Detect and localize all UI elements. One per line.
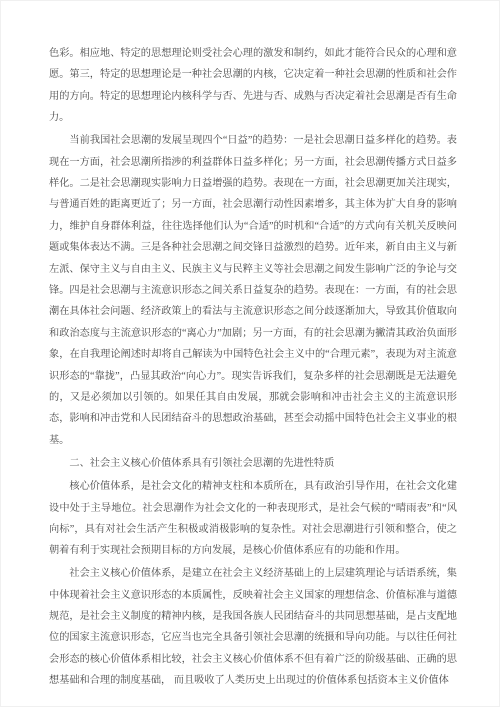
section-heading: 二、社会主义核心价值体系具有引领社会思潮的先进性特质 bbox=[49, 453, 457, 474]
paragraph-core-value-system: 核心价值体系，是社会文化的精神支柱和本质所在，具有政治引导作用，在社会文化建设中… bbox=[49, 476, 457, 562]
paragraph-trends: 当前我国社会思潮的发展呈现四个“日益”的趋势：一是社会思潮日益多样化的趋势。表现… bbox=[49, 130, 457, 451]
document-page: 色彩。相应地、特定的思想理论则受社会心理的激发和制约，如此才能符合民众的心理和意… bbox=[0, 0, 500, 707]
paragraph-socialist-core-values: 社会主义核心价值体系，是建立在社会主义经济基础上的上层建筑理论与话语系统，集中体… bbox=[49, 563, 457, 691]
document-content: 色彩。相应地、特定的思想理论则受社会心理的激发和制约，如此才能符合民众的心理和意… bbox=[49, 43, 457, 693]
paragraph-continuation: 色彩。相应地、特定的思想理论则受社会心理的激发和制约，如此才能符合民众的心理和意… bbox=[49, 43, 457, 129]
